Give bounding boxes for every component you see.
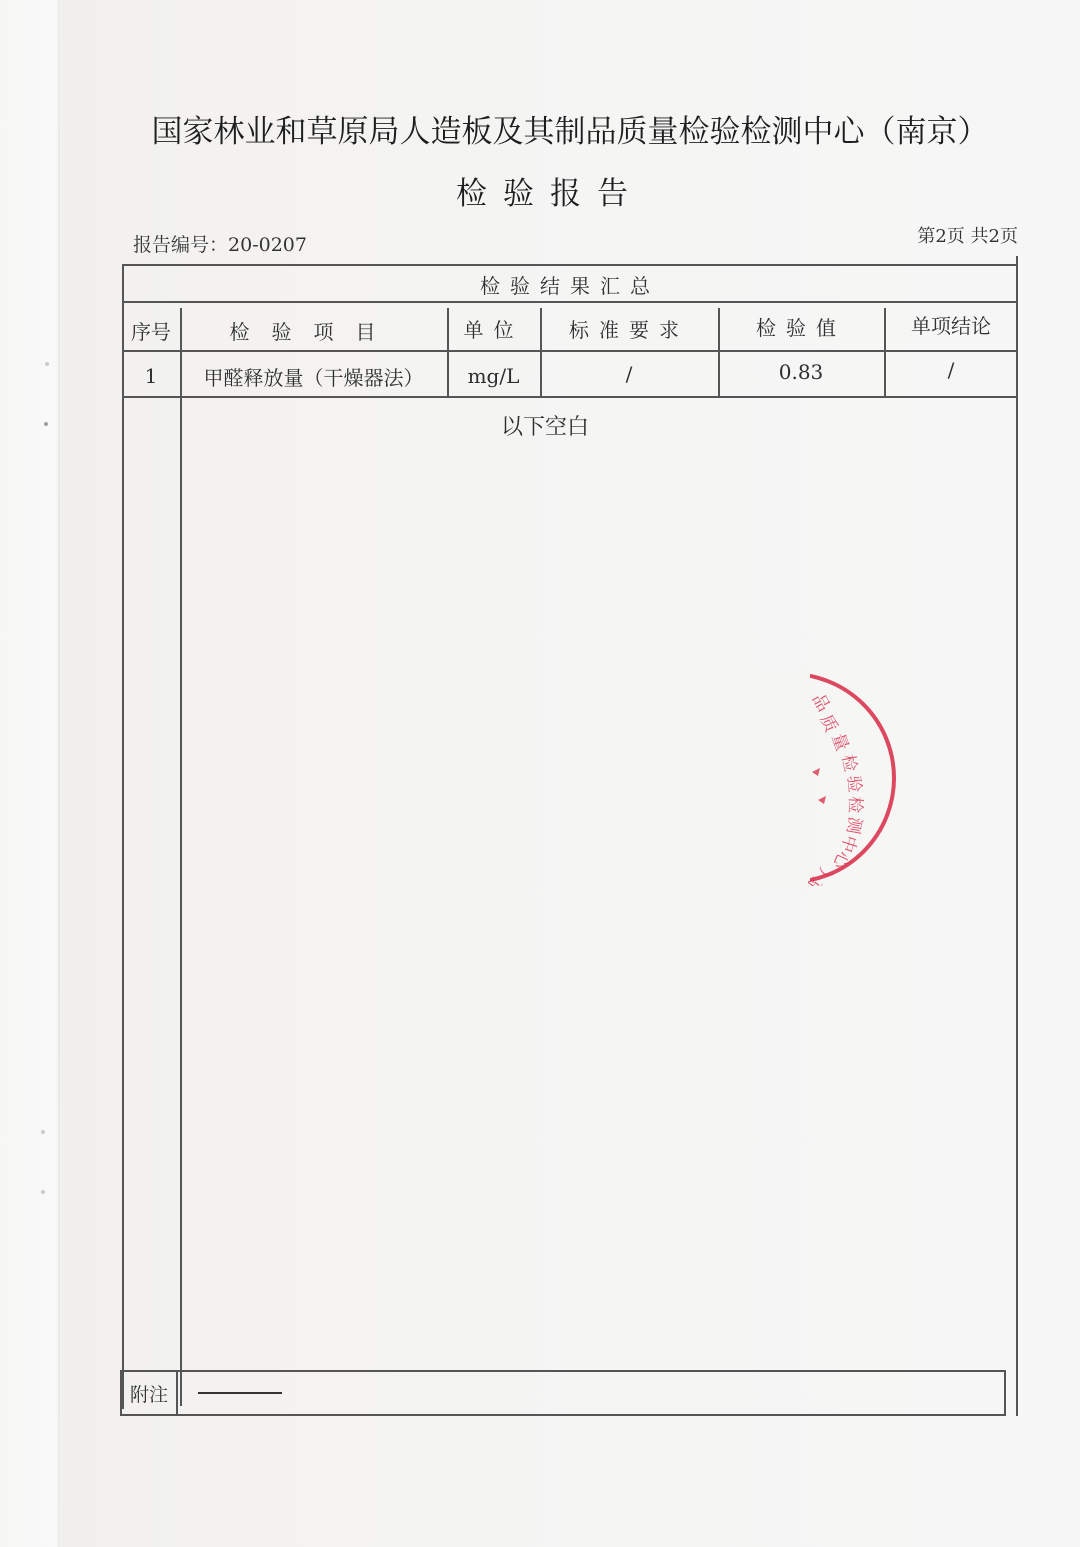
svg-text:测: 测 [842, 815, 865, 835]
report-number: 报告编号：20-0207 [133, 230, 307, 257]
col-header-requirement: 标准要求 [540, 306, 718, 350]
report-title: 检验报告 [130, 168, 970, 213]
row-conclusion: / [884, 348, 1018, 392]
remarks-label: 附注 [130, 1380, 168, 1407]
remarks-border-right [1004, 1370, 1006, 1416]
remarks-rule-top [120, 1370, 1006, 1372]
blank-below-note: 以下空白 [0, 410, 1080, 441]
seal-icon: 品 质 量 检 验 检 测 中 心 ） 京 [700, 670, 900, 886]
col-header-unit: 单位 [447, 306, 540, 350]
remarks-dash [198, 1392, 282, 1394]
table-caption: 检验结果汇总 [122, 266, 1018, 302]
institution-title: 国家林业和草原局人造板及其制品质量检验检测中心（南京） [130, 106, 1010, 151]
remarks-rule-bottom [120, 1414, 1006, 1416]
svg-text:验: 验 [843, 775, 864, 794]
col-header-index: 序号 [122, 308, 180, 352]
svg-text:量: 量 [827, 731, 852, 754]
row-item: 甲醛释放量（干燥器法） [180, 354, 447, 398]
svg-text:检: 检 [837, 753, 860, 774]
row-unit: mg/L [447, 354, 540, 398]
col-header-conclusion: 单项结论 [884, 302, 1018, 346]
official-seal: 品 质 量 检 验 检 测 中 心 ） 京 [700, 670, 900, 886]
col-header-item: 检验项目 [180, 308, 447, 352]
svg-text:品: 品 [808, 691, 834, 716]
col-header-value: 检验值 [718, 304, 884, 348]
paper-fold-edge [58, 0, 60, 1547]
row-value: 0.83 [718, 350, 884, 394]
table-rule [180, 308, 182, 1406]
remarks-border-left [120, 1370, 122, 1416]
paper-speck [45, 362, 49, 366]
report-number-value: 20-0207 [228, 234, 307, 256]
svg-text:检: 检 [844, 796, 865, 814]
row-requirement: / [540, 352, 718, 396]
paper-speck [41, 1130, 45, 1134]
svg-text:质: 质 [815, 712, 840, 736]
row-index: 1 [122, 354, 180, 398]
report-number-label: 报告编号： [133, 234, 228, 256]
paper-speck [41, 1190, 45, 1194]
remarks-divider [176, 1370, 178, 1415]
page-info: 第2页 共2页 [917, 222, 1018, 248]
